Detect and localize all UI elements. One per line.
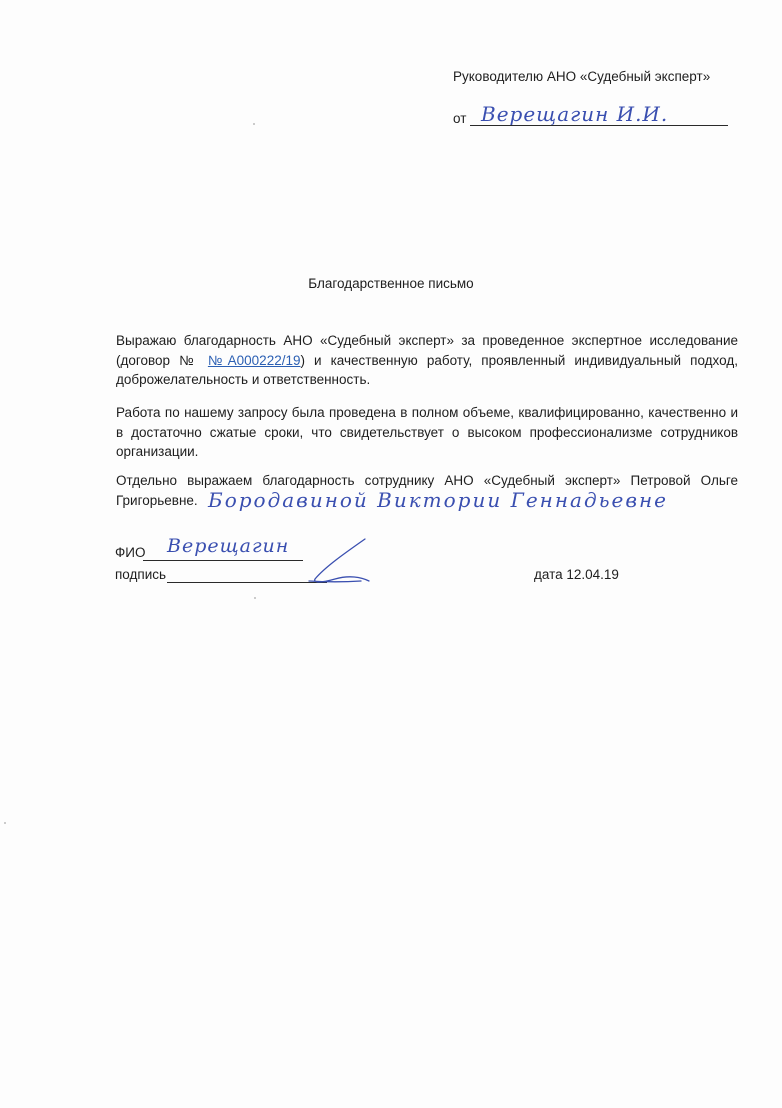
paragraph-work-quality: Работа по нашему запросу была проведена …	[116, 403, 738, 462]
from-handwritten-name: Верещагин И.И.	[481, 102, 668, 126]
handwritten-signature-icon	[265, 535, 375, 590]
addressee-line: Руководителю АНО «Судебный эксперт»	[453, 69, 710, 84]
from-field: от Верещагин И.И.	[453, 108, 728, 128]
document-title: Благодарственное письмо	[0, 276, 782, 291]
contract-number-link[interactable]: №А000222/19	[208, 353, 301, 368]
scan-speck	[253, 123, 255, 125]
scan-speck	[4, 822, 6, 824]
paragraph-gratitude: Выражаю благодарность АНО «Судебный эксп…	[116, 331, 738, 390]
signature-label: подпись	[115, 567, 166, 582]
scan-speck	[254, 597, 256, 599]
handwritten-employee-name: Бородавиной Виктории Геннадьевне	[208, 488, 668, 512]
date-label: дата 12.04.19	[534, 567, 619, 582]
fio-label: ФИО	[115, 545, 145, 560]
signature-block: ФИО Верещагин подпись	[115, 545, 415, 595]
letter-page: Руководителю АНО «Судебный эксперт» от В…	[0, 0, 782, 1108]
from-label: от	[453, 111, 466, 126]
